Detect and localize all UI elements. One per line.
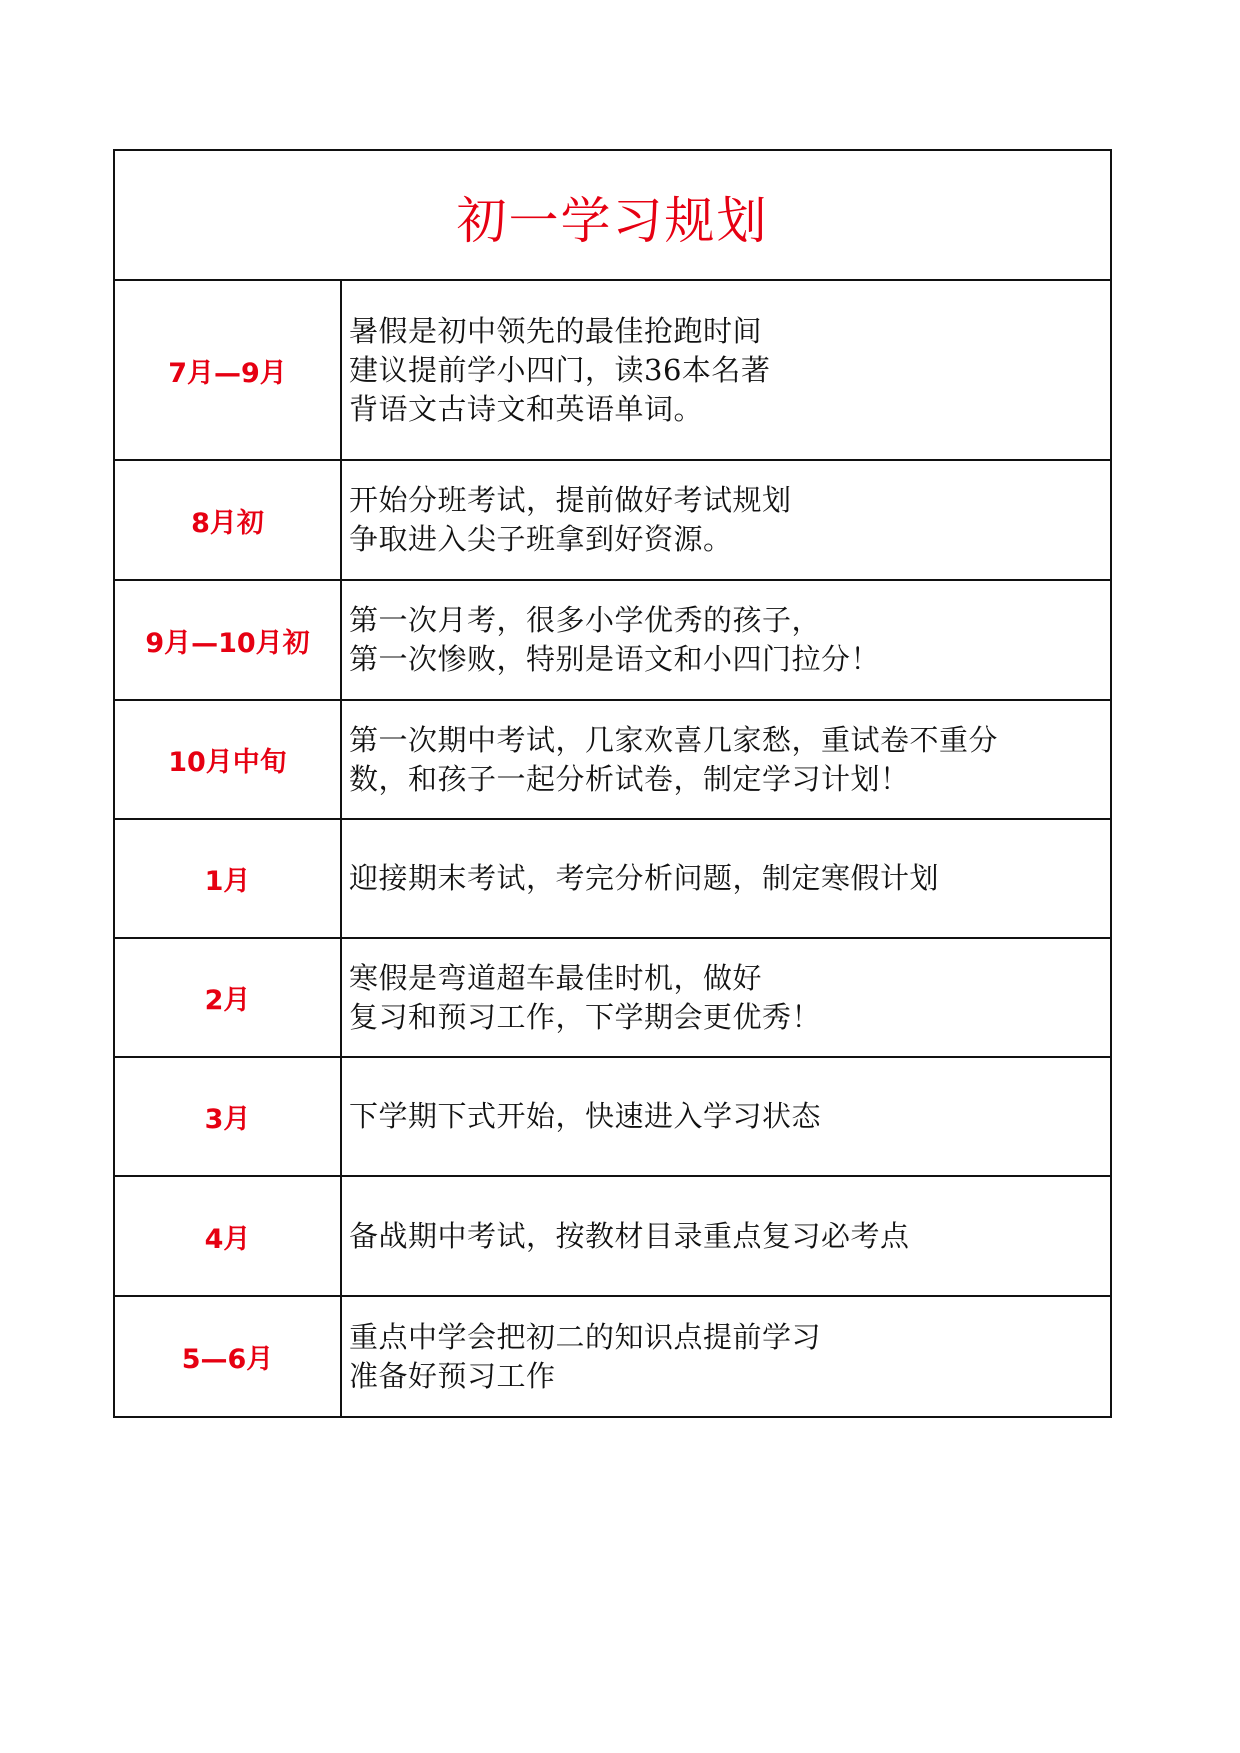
plan-row: 10月中旬 第一次期中考试，几家欢喜几家愁，重试卷不重分 数，和孩子一起分析试卷… — [115, 701, 1110, 820]
period-label: 9月—10月初 — [145, 621, 309, 660]
description-line: 第一次惨败，特别是语文和小四门拉分！ — [349, 640, 1110, 679]
period-cell: 3月 — [115, 1058, 342, 1175]
period-label: 3月 — [205, 1097, 251, 1136]
description-cell: 开始分班考试，提前做好考试规划 争取进入尖子班拿到好资源。 — [342, 461, 1110, 579]
description-line: 下学期下式开始，快速进入学习状态 — [349, 1097, 1110, 1136]
period-label: 1月 — [205, 859, 251, 898]
period-label: 4月 — [205, 1217, 251, 1256]
plan-row: 8月初 开始分班考试，提前做好考试规划 争取进入尖子班拿到好资源。 — [115, 461, 1110, 581]
description-line: 数，和孩子一起分析试卷，制定学习计划！ — [349, 760, 1110, 799]
period-cell: 8月初 — [115, 461, 342, 579]
description-line: 背语文古诗文和英语单词。 — [349, 390, 1110, 429]
plan-row: 3月 下学期下式开始，快速进入学习状态 — [115, 1058, 1110, 1177]
study-plan-table: 初一学习规划 7月—9月 暑假是初中领先的最佳抢跑时间 建议提前学小四门，读36… — [113, 149, 1112, 1418]
period-label: 5—6月 — [182, 1337, 274, 1376]
description-cell: 迎接期末考试，考完分析问题，制定寒假计划 — [342, 820, 1110, 937]
period-label: 10月中旬 — [168, 740, 287, 779]
description-cell: 第一次月考，很多小学优秀的孩子， 第一次惨败，特别是语文和小四门拉分！ — [342, 581, 1110, 699]
description-line: 迎接期末考试，考完分析问题，制定寒假计划 — [349, 859, 1110, 898]
plan-row: 5—6月 重点中学会把初二的知识点提前学习 准备好预习工作 — [115, 1297, 1110, 1416]
period-cell: 2月 — [115, 939, 342, 1056]
plan-row: 7月—9月 暑假是初中领先的最佳抢跑时间 建议提前学小四门，读36本名著 背语文… — [115, 281, 1110, 461]
period-label: 8月初 — [191, 501, 264, 540]
description-line: 寒假是弯道超车最佳时机，做好 — [349, 959, 1110, 998]
period-cell: 10月中旬 — [115, 701, 342, 818]
page-title: 初一学习规划 — [457, 181, 769, 253]
description-line: 复习和预习工作，下学期会更优秀！ — [349, 998, 1110, 1037]
plan-row: 4月 备战期中考试，按教材目录重点复习必考点 — [115, 1177, 1110, 1297]
description-line: 重点中学会把初二的知识点提前学习 — [349, 1318, 1110, 1357]
period-cell: 4月 — [115, 1177, 342, 1295]
description-line: 暑假是初中领先的最佳抢跑时间 — [349, 312, 1110, 351]
description-cell: 备战期中考试，按教材目录重点复习必考点 — [342, 1177, 1110, 1295]
period-cell: 7月—9月 — [115, 281, 342, 459]
period-label: 7月—9月 — [168, 351, 287, 390]
period-cell: 5—6月 — [115, 1297, 342, 1416]
plan-row: 2月 寒假是弯道超车最佳时机，做好 复习和预习工作，下学期会更优秀！ — [115, 939, 1110, 1058]
period-cell: 9月—10月初 — [115, 581, 342, 699]
plan-row: 9月—10月初 第一次月考，很多小学优秀的孩子， 第一次惨败，特别是语文和小四门… — [115, 581, 1110, 701]
description-line: 争取进入尖子班拿到好资源。 — [349, 520, 1110, 559]
description-cell: 重点中学会把初二的知识点提前学习 准备好预习工作 — [342, 1297, 1110, 1416]
description-line: 第一次期中考试，几家欢喜几家愁，重试卷不重分 — [349, 721, 1110, 760]
description-line: 备战期中考试，按教材目录重点复习必考点 — [349, 1217, 1110, 1256]
plan-row: 1月 迎接期末考试，考完分析问题，制定寒假计划 — [115, 820, 1110, 939]
description-line: 准备好预习工作 — [349, 1357, 1110, 1396]
description-line: 开始分班考试，提前做好考试规划 — [349, 481, 1110, 520]
description-line: 第一次月考，很多小学优秀的孩子， — [349, 601, 1110, 640]
period-cell: 1月 — [115, 820, 342, 937]
description-line: 建议提前学小四门，读36本名著 — [349, 351, 1110, 390]
description-cell: 下学期下式开始，快速进入学习状态 — [342, 1058, 1110, 1175]
title-cell: 初一学习规划 — [115, 151, 1110, 281]
description-cell: 寒假是弯道超车最佳时机，做好 复习和预习工作，下学期会更优秀！ — [342, 939, 1110, 1056]
description-cell: 第一次期中考试，几家欢喜几家愁，重试卷不重分 数，和孩子一起分析试卷，制定学习计… — [342, 701, 1110, 818]
period-label: 2月 — [205, 978, 251, 1017]
description-cell: 暑假是初中领先的最佳抢跑时间 建议提前学小四门，读36本名著 背语文古诗文和英语… — [342, 281, 1110, 459]
